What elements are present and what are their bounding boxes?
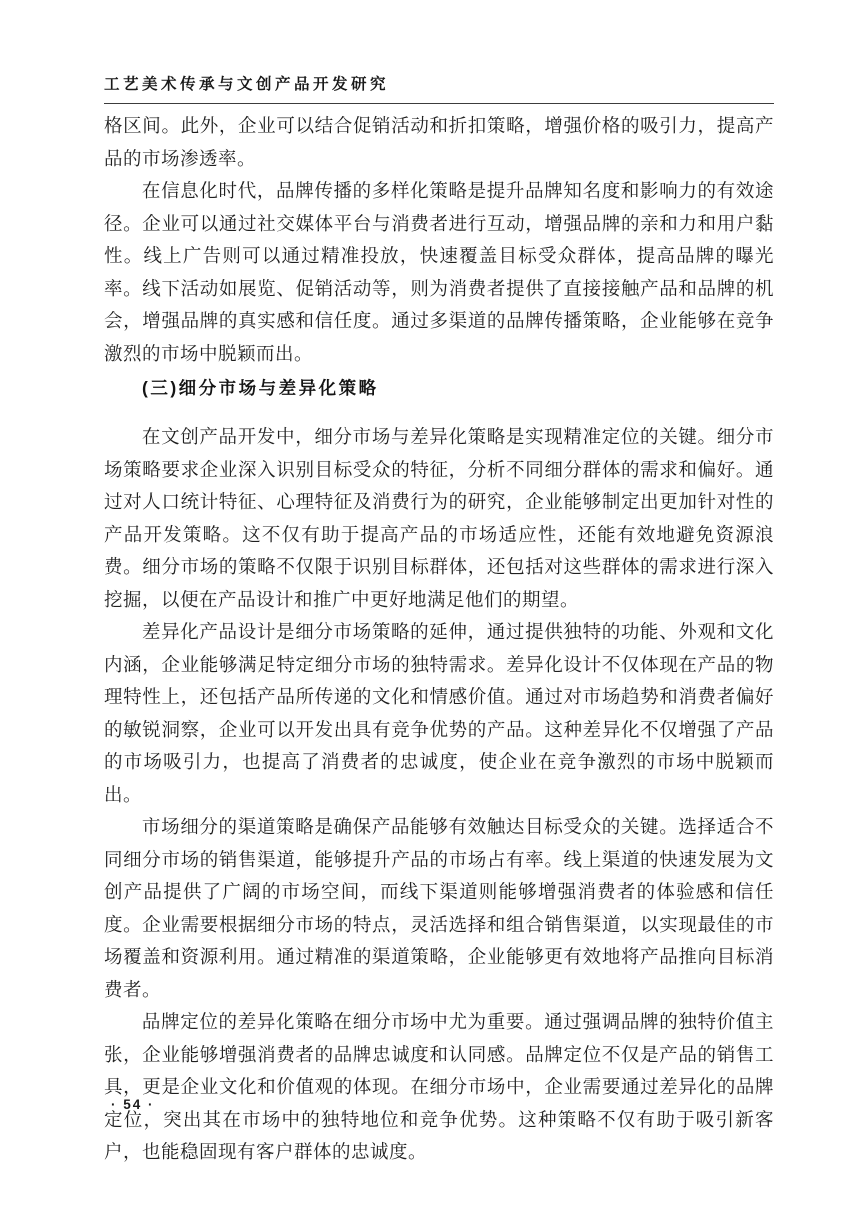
paragraph-2-brand-communication: 在信息化时代，品牌传播的多样化策略是提升品牌知名度和影响力的有效途径。企业可以通… [104, 176, 774, 371]
paragraph-5-channel-strategy: 市场细分的渠道策略是确保产品能够有效触达目标受众的关键。选择适合不同细分市场的销… [104, 812, 774, 1007]
page-header: 工艺美术传承与文创产品开发研究 [104, 0, 774, 104]
page-content: 格区间。此外，企业可以结合促销活动和折扣策略，增强价格的吸引力，提高产品的市场渗… [104, 104, 774, 1170]
running-head-title: 工艺美术传承与文创产品开发研究 [104, 76, 774, 93]
document-page: 工艺美术传承与文创产品开发研究 格区间。此外，企业可以结合促销活动和折扣策略，增… [0, 0, 860, 1208]
paragraph-4-differentiated-design: 差异化产品设计是细分市场策略的延伸，通过提供独特的功能、外观和文化内涵，企业能够… [104, 617, 774, 812]
paragraph-1-continuation: 格区间。此外，企业可以结合促销活动和折扣策略，增强价格的吸引力，提高产品的市场渗… [104, 111, 774, 176]
paragraph-6-brand-positioning: 品牌定位的差异化策略在细分市场中尤为重要。通过强调品牌的独特价值主张，企业能够增… [104, 1007, 774, 1170]
paragraph-3-market-segmentation: 在文创产品开发中，细分市场与差异化策略是实现精准定位的关键。细分市场策略要求企业… [104, 422, 774, 617]
page-footer: · 54 · [111, 1097, 155, 1112]
section-heading: (三)细分市场与差异化策略 [104, 375, 774, 401]
page-number: · 54 · [111, 1097, 155, 1112]
